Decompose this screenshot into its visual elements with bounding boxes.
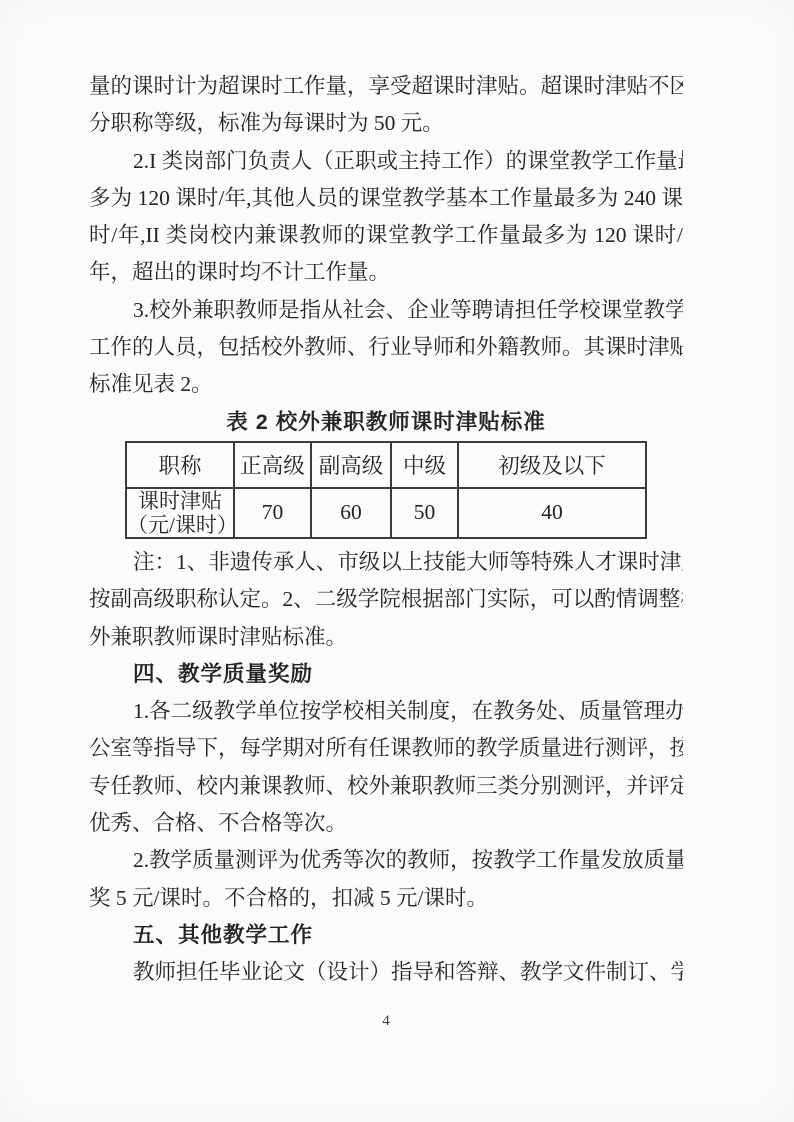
text-line: 奖 5 元/课时。不合格的，扣减 5 元/课时。 (89, 880, 683, 917)
text-line: 3.校外兼职教师是指从社会、企业等聘请担任学校课堂教学 (89, 292, 683, 329)
heading-section-5: 五、其他教学工作 (89, 917, 683, 954)
table-row-label: 课时津贴 （元/课时） (126, 488, 234, 538)
paragraph-workload-limits: 2.I 类岗部门负责人（正职或主持工作）的课堂教学工作量最 多为 120 课时/… (89, 143, 683, 292)
paragraph-quality-award: 2.教学质量测评为优秀等次的教师，按教学工作量发放质量 奖 5 元/课时。不合格… (89, 842, 683, 917)
table-cell: 70 (234, 488, 311, 538)
paragraph-other-work: 教师担任毕业论文（设计）指导和答辩、教学文件制订、学 (89, 954, 683, 991)
text-line: 1.各二级教学单位按学校相关制度，在教务处、质量管理办 (89, 693, 683, 730)
text-line: 注：1、非遗传承人、市级以上技能大师等特殊人才课时津贴 (89, 544, 683, 581)
heading-section-4: 四、教学质量奖励 (89, 656, 683, 693)
table-header-row: 职称 正高级 副高级 中级 初级及以下 (126, 442, 646, 488)
document-page: 量的课时计为超课时工作量，享受超课时津贴。超课时津贴不区 分职称等级，标准为每课… (0, 0, 794, 1122)
table-header-cell: 中级 (391, 442, 458, 488)
text-line: 专任教师、校内兼课教师、校外兼职教师三类分别测评，并评定 (89, 768, 683, 805)
table-header-cell: 职称 (126, 442, 234, 488)
table-title: 表 2 校外兼职教师课时津贴标准 (89, 404, 683, 441)
text-line: 外兼职教师课时津贴标准。 (89, 619, 683, 656)
table-cell: 60 (311, 488, 391, 538)
paragraph-quality-eval: 1.各二级教学单位按学校相关制度，在教务处、质量管理办 公室等指导下，每学期对所… (89, 693, 683, 842)
text-line: 时/年,II 类岗校内兼课教师的课堂教学工作量最多为 120 课时/ (89, 217, 683, 254)
page-number: 4 (0, 1013, 783, 1030)
table-header-cell: 正高级 (234, 442, 311, 488)
text-line: 优秀、合格、不合格等次。 (89, 805, 683, 842)
row-label-line: （元/课时） (127, 513, 233, 537)
text-line: 量的课时计为超课时工作量，享受超课时津贴。超课时津贴不区 (89, 68, 683, 105)
text-line: 2.教学质量测评为优秀等次的教师，按教学工作量发放质量 (89, 842, 683, 879)
table-cell: 40 (458, 488, 646, 538)
row-label-line: 课时津贴 (127, 489, 233, 513)
text-line: 标准见表 2。 (89, 366, 683, 403)
table-note: 注：1、非遗传承人、市级以上技能大师等特殊人才课时津贴 按副高级职称认定。2、二… (89, 544, 683, 656)
text-line: 年，超出的课时均不计工作量。 (89, 254, 683, 291)
table-cell: 50 (391, 488, 458, 538)
text-line: 教师担任毕业论文（设计）指导和答辩、教学文件制订、学 (89, 954, 683, 991)
table-row: 课时津贴 （元/课时） 70 60 50 40 (126, 488, 646, 538)
text-line: 分职称等级，标准为每课时为 50 元。 (89, 105, 683, 142)
text-line: 2.I 类岗部门负责人（正职或主持工作）的课堂教学工作量最 (89, 143, 683, 180)
text-line: 多为 120 课时/年,其他人员的课堂教学基本工作量最多为 240 课 (89, 180, 683, 217)
paragraph-external-teachers: 3.校外兼职教师是指从社会、企业等聘请担任学校课堂教学 工作的人员，包括校外教师… (89, 292, 683, 404)
text-line: 公室等指导下，每学期对所有任课教师的教学质量进行测评，按 (89, 730, 683, 767)
paragraph-overtime: 量的课时计为超课时工作量，享受超课时津贴。超课时津贴不区 分职称等级，标准为每课… (89, 68, 683, 143)
text-line: 工作的人员，包括校外教师、行业导师和外籍教师。其课时津贴 (89, 329, 683, 366)
text-line: 按副高级职称认定。2、二级学院根据部门实际，可以酌情调整校 (89, 581, 683, 618)
table-header-cell: 初级及以下 (458, 442, 646, 488)
table-header-cell: 副高级 (311, 442, 391, 488)
subsidy-table: 职称 正高级 副高级 中级 初级及以下 课时津贴 （元/课时） 70 60 50… (125, 441, 647, 539)
page-body: 量的课时计为超课时工作量，享受超课时津贴。超课时津贴不区 分职称等级，标准为每课… (89, 68, 683, 992)
